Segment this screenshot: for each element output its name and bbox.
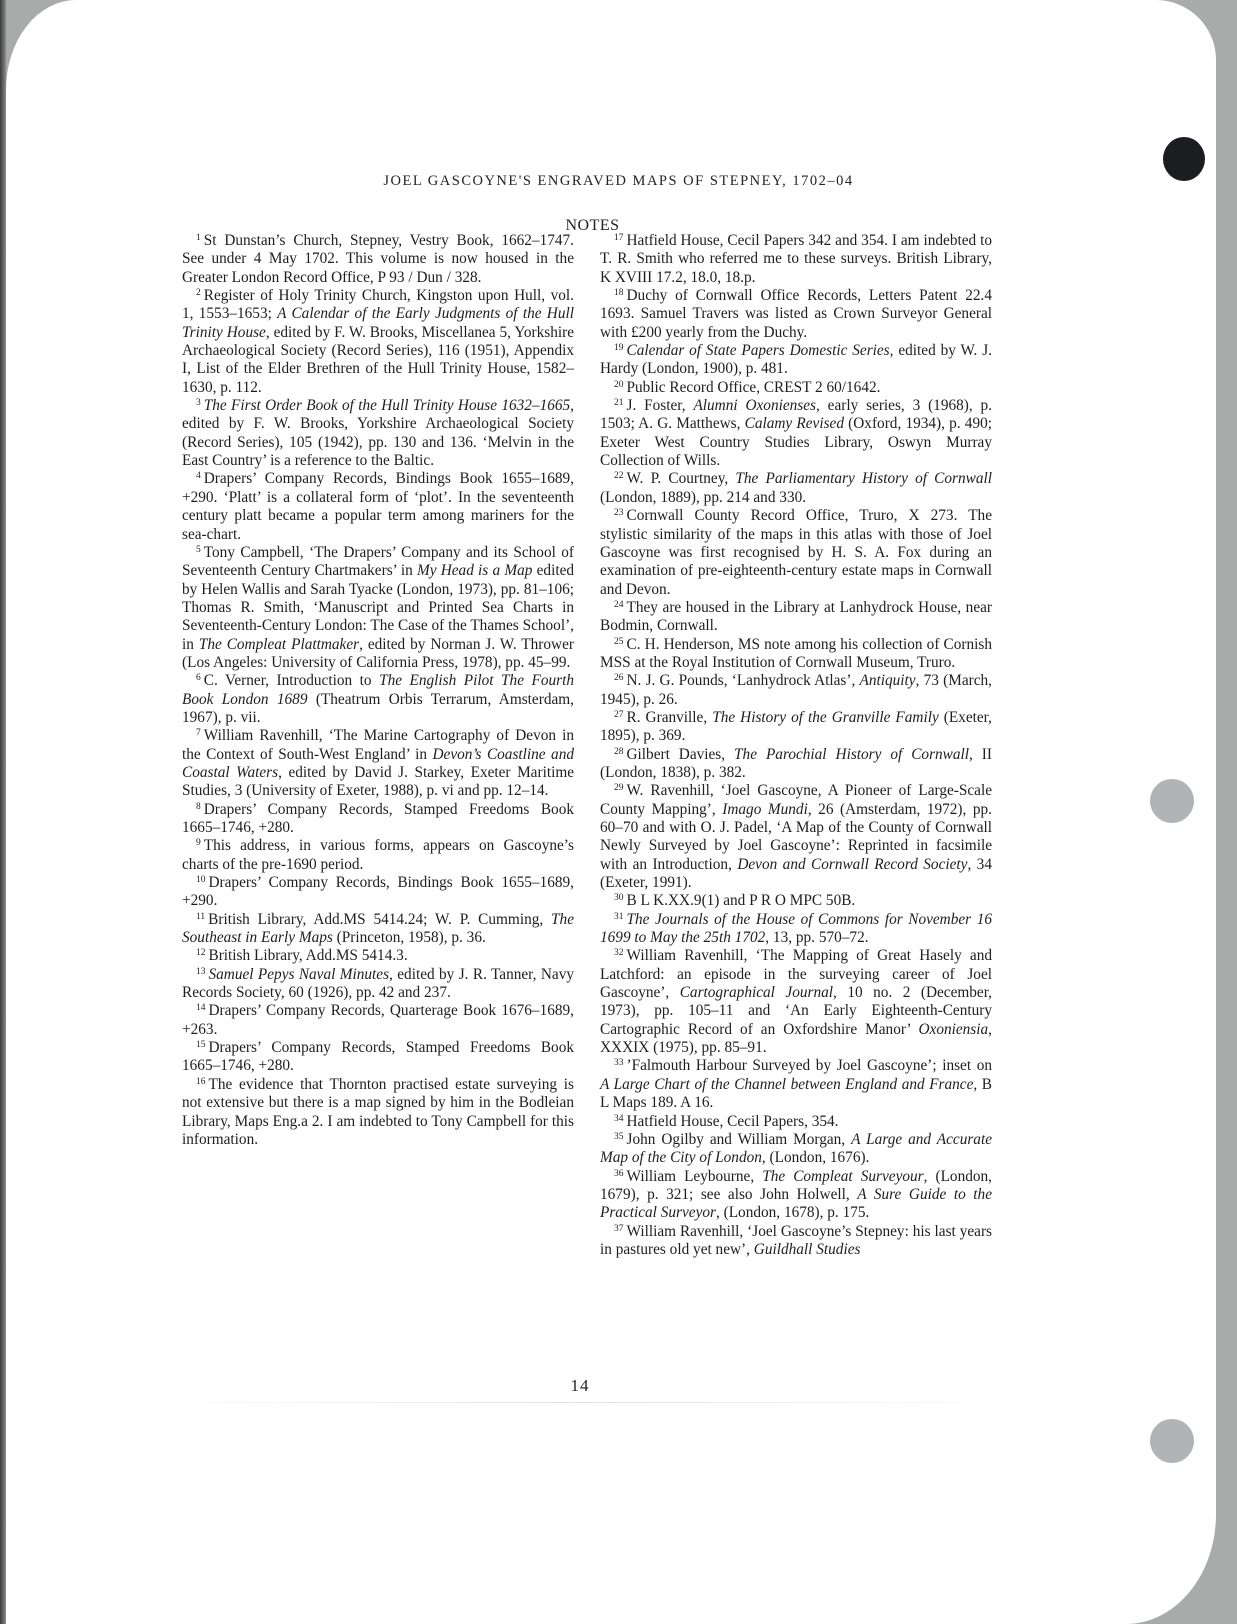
footnote-27: 27R. Granville, The History of the Granv…	[600, 709, 992, 746]
footnote-text: Drapers’ Company Records, Stamped Freedo…	[182, 801, 574, 836]
footnote-26: 26N. J. G. Pounds, ‘Lanhydrock Atlas’, A…	[600, 672, 992, 709]
footnote-4: 4Drapers’ Company Records, Bindings Book…	[182, 470, 574, 543]
footnote-10: 10Drapers’ Company Records, Bindings Boo…	[182, 874, 574, 911]
footnote-number: 1	[196, 233, 201, 243]
page-number: 14	[0, 1376, 1160, 1396]
footnote-number: 8	[196, 802, 201, 812]
footnote-21: 21J. Foster, Alumni Oxonienses, early se…	[600, 397, 992, 470]
footnote-text: Hatfield House, Cecil Papers, 354.	[627, 1113, 839, 1130]
footnote-28: 28Gilbert Davies, The Parochial History …	[600, 746, 992, 783]
footnote-30: 30B L K.XX.9(1) and P R O MPC 50B.	[600, 892, 992, 910]
footnote-22: 22W. P. Courtney, The Parliamentary Hist…	[600, 470, 992, 507]
footnote-number: 14	[196, 1003, 206, 1013]
notes-heading: NOTES	[0, 217, 1185, 235]
footnote-number: 16	[196, 1077, 206, 1087]
footnote-number: 31	[614, 912, 624, 922]
footnote-16: 16The evidence that Thornton practised e…	[182, 1076, 574, 1149]
notes-column-right: 17Hatfield House, Cecil Papers 342 and 3…	[600, 232, 992, 1259]
footnote-text: St Dunstan’s Church, Stepney, Vestry Boo…	[182, 232, 574, 286]
footnote-number: 21	[614, 398, 624, 408]
footnote-14: 14Drapers’ Company Records, Quarterage B…	[182, 1002, 574, 1039]
footnote-text: They are housed in the Library at Lanhyd…	[600, 599, 992, 634]
running-head-text: Joel Gascoyne's engraved maps of Stepney…	[383, 173, 853, 189]
footnote-8: 8Drapers’ Company Records, Stamped Freed…	[182, 801, 574, 838]
running-head: Joel Gascoyne's engraved maps of Stepney…	[0, 170, 1237, 190]
footnote-13: 13Samuel Pepys Naval Minutes, edited by …	[182, 966, 574, 1003]
footnote-number: 15	[196, 1040, 206, 1050]
footnote-9: 9This address, in various forms, appears…	[182, 837, 574, 874]
footnote-number: 17	[614, 233, 624, 243]
footnote-text: Drapers’ Company Records, Bindings Book …	[182, 470, 574, 542]
footnote-number: 27	[614, 710, 624, 720]
footnote-text: W. P. Courtney, The Parliamentary Histor…	[600, 470, 992, 505]
footnote-number: 12	[196, 948, 206, 958]
footnote-text: Register of Holy Trinity Church, Kingsto…	[182, 287, 574, 396]
footnote-text: Drapers’ Company Records, Quarterage Boo…	[182, 1002, 574, 1037]
footnote-7: 7William Ravenhill, ‘The Marine Cartogra…	[182, 727, 574, 800]
footnote-text: Cornwall County Record Office, Truro, X …	[600, 507, 992, 597]
footnote-number: 11	[196, 912, 205, 922]
footnote-text: John Ogilby and William Morgan, A Large …	[600, 1131, 992, 1166]
footnote-text: C. H. Henderson, MS note among his colle…	[600, 636, 992, 671]
footnote-number: 20	[614, 380, 624, 390]
footnote-text: The First Order Book of the Hull Trinity…	[182, 397, 574, 469]
footnote-number: 22	[614, 471, 624, 481]
footnote-24: 24They are housed in the Library at Lanh…	[600, 599, 992, 636]
footnote-text: R. Granville, The History of the Granvil…	[600, 709, 992, 744]
footnote-32: 32William Ravenhill, ‘The Mapping of Gre…	[600, 947, 992, 1057]
footnote-text: Drapers’ Company Records, Bindings Book …	[182, 874, 574, 909]
footnote-2: 2Register of Holy Trinity Church, Kingst…	[182, 287, 574, 397]
footnote-text: William Leybourne, The Compleat Surveyou…	[600, 1168, 992, 1222]
footnote-31: 31The Journals of the House of Commons f…	[600, 911, 992, 948]
footnote-number: 4	[196, 471, 201, 481]
footnote-number: 23	[614, 508, 624, 518]
footnote-19: 19Calendar of State Papers Domestic Seri…	[600, 342, 992, 379]
footnote-number: 34	[614, 1114, 624, 1124]
footnote-5: 5Tony Campbell, ‘The Drapers’ Company an…	[182, 544, 574, 672]
footnote-text: Samuel Pepys Naval Minutes, edited by J.…	[182, 966, 574, 1001]
footnote-number: 6	[196, 673, 201, 683]
footnote-number: 30	[614, 893, 624, 903]
footnote-number: 36	[614, 1169, 624, 1179]
footnote-number: 28	[614, 747, 624, 757]
footnote-17: 17Hatfield House, Cecil Papers 342 and 3…	[600, 232, 992, 287]
footnote-25: 25C. H. Henderson, MS note among his col…	[600, 636, 992, 673]
footnote-text: N. J. G. Pounds, ‘Lanhydrock Atlas’, Ant…	[600, 672, 992, 707]
punch-hole	[1150, 1419, 1194, 1463]
footnote-33: 33’Falmouth Harbour Surveyed by Joel Gas…	[600, 1057, 992, 1112]
footnote-number: 26	[614, 673, 624, 683]
footnote-text: Gilbert Davies, The Parochial History of…	[600, 746, 992, 781]
footnote-20: 20Public Record Office, CREST 2 60/1642.	[600, 379, 992, 397]
footnote-number: 10	[196, 875, 206, 885]
footnote-text: Tony Campbell, ‘The Drapers’ Company and…	[182, 544, 574, 671]
footnote-text: William Ravenhill, ‘The Marine Cartograp…	[182, 727, 574, 799]
footnote-number: 18	[614, 288, 624, 298]
footnote-text: ’Falmouth Harbour Surveyed by Joel Gasco…	[600, 1057, 992, 1111]
footnote-number: 2	[196, 288, 201, 298]
footnote-18: 18Duchy of Cornwall Office Records, Lett…	[600, 287, 992, 342]
footnote-text: William Ravenhill, ‘Joel Gascoyne’s Step…	[600, 1223, 992, 1258]
footnote-text: British Library, Add.MS 5414.24; W. P. C…	[182, 911, 574, 946]
footnote-6: 6C. Verner, Introduction to The English …	[182, 672, 574, 727]
notes-column-left: 1St Dunstan’s Church, Stepney, Vestry Bo…	[182, 232, 574, 1149]
footnote-text: C. Verner, Introduction to The English P…	[182, 672, 574, 726]
footnote-37: 37William Ravenhill, ‘Joel Gascoyne’s St…	[600, 1223, 992, 1260]
footnote-text: Public Record Office, CREST 2 60/1642.	[627, 379, 881, 396]
footnote-text: J. Foster, Alumni Oxonienses, early seri…	[600, 397, 992, 469]
footnote-text: W. Ravenhill, ‘Joel Gascoyne, A Pioneer …	[600, 782, 992, 891]
footnote-23: 23Cornwall County Record Office, Truro, …	[600, 507, 992, 599]
footnote-text: Hatfield House, Cecil Papers 342 and 354…	[600, 232, 992, 286]
footnote-36: 36William Leybourne, The Compleat Survey…	[600, 1168, 992, 1223]
footnote-number: 32	[614, 948, 624, 958]
punch-hole	[1150, 779, 1194, 823]
footnote-number: 13	[196, 967, 206, 977]
footnote-number: 5	[196, 545, 201, 555]
footnote-text: Calendar of State Papers Domestic Series…	[600, 342, 992, 377]
footnote-34: 34Hatfield House, Cecil Papers, 354.	[600, 1113, 992, 1131]
footnote-number: 24	[614, 600, 624, 610]
footnote-text: This address, in various forms, appears …	[182, 837, 574, 872]
footnote-29: 29W. Ravenhill, ‘Joel Gascoyne, A Pionee…	[600, 782, 992, 892]
footnote-number: 33	[614, 1058, 624, 1068]
footnote-number: 25	[614, 637, 624, 647]
footnote-number: 35	[614, 1132, 624, 1142]
footnote-1: 1St Dunstan’s Church, Stepney, Vestry Bo…	[182, 232, 574, 287]
footnote-3: 3The First Order Book of the Hull Trinit…	[182, 397, 574, 470]
footnote-text: William Ravenhill, ‘The Mapping of Great…	[600, 947, 992, 1056]
bottom-rule	[145, 1402, 1025, 1403]
footnote-text: The Journals of the House of Commons for…	[600, 911, 992, 946]
footnote-text: Drapers’ Company Records, Stamped Freedo…	[182, 1039, 574, 1074]
footnote-text: Duchy of Cornwall Office Records, Letter…	[600, 287, 992, 341]
footnote-35: 35John Ogilby and William Morgan, A Larg…	[600, 1131, 992, 1168]
footnote-12: 12British Library, Add.MS 5414.3.	[182, 947, 574, 965]
footnote-text: The evidence that Thornton practised est…	[182, 1076, 574, 1148]
footnote-number: 7	[196, 728, 201, 738]
footnote-11: 11British Library, Add.MS 5414.24; W. P.…	[182, 911, 574, 948]
footnote-number: 3	[196, 398, 201, 408]
footnote-number: 37	[614, 1224, 624, 1234]
footnote-number: 9	[196, 838, 201, 848]
footnote-number: 29	[614, 783, 624, 793]
footnote-text: British Library, Add.MS 5414.3.	[209, 947, 408, 964]
footnote-text: B L K.XX.9(1) and P R O MPC 50B.	[627, 892, 856, 909]
footnote-number: 19	[614, 343, 624, 353]
footnote-15: 15Drapers’ Company Records, Stamped Free…	[182, 1039, 574, 1076]
